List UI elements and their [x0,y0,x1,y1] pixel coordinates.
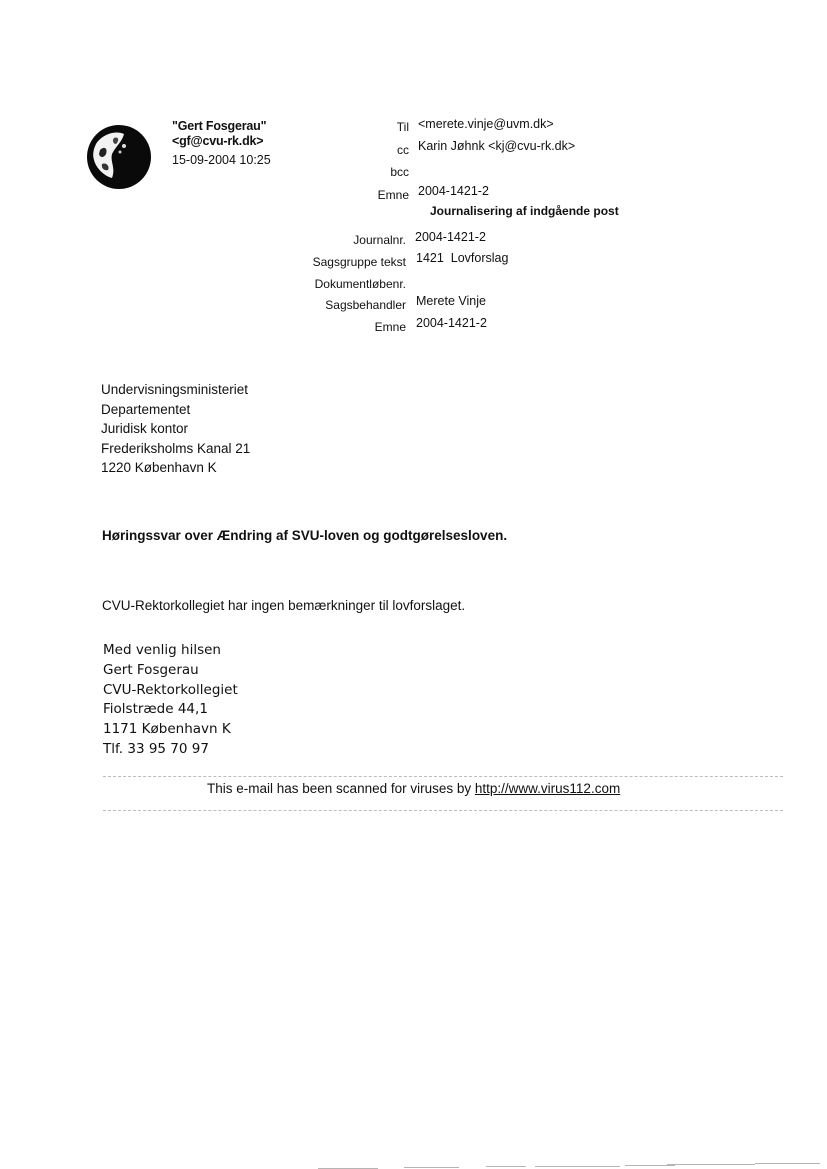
bcc-label: bcc [259,165,409,179]
footer-divider-bottom [103,810,783,811]
virus-scan-text: This e-mail has been scanned for viruses… [207,781,475,796]
virus-scan-notice: This e-mail has been scanned for viruses… [207,781,620,796]
sender-name: "Gert Fosgerau" [172,119,266,133]
address-line: 1220 København K [101,458,250,478]
signature-line: 1171 København K [103,720,238,740]
case-handler-label: Sagsbehandler [256,298,406,312]
to-value[interactable]: <merete.vinje@uvm.dk> [418,117,554,131]
signature: Med venlig hilsen Gert Fosgerau CVU-Rekt… [103,641,238,760]
recipient-address: Undervisningsministeriet Departementet J… [101,380,250,478]
signature-line: Med venlig hilsen [103,641,238,661]
to-label: Til [259,120,409,134]
journal-nr-value: 2004-1421-2 [415,230,486,244]
subject-value: 2004-1421-2 [418,184,489,198]
case-group-label: Sagsgruppe tekst [256,255,406,269]
signature-line: CVU-Rektorkollegiet [103,681,238,701]
case-handler-value: Merete Vinje [416,294,486,308]
address-line: Undervisningsministeriet [101,380,250,400]
signature-line: Tlf. 33 95 70 97 [103,740,238,760]
case-group-value: 1421 Lovforslag [416,251,508,265]
address-line: Frederiksholms Kanal 21 [101,439,250,459]
document-serial-label: Dokumentløbenr. [256,277,406,291]
journal-subject-value: 2004-1421-2 [416,316,487,330]
virus-scan-link[interactable]: http://www.virus112.com [475,781,620,796]
subject-label: Emne [259,188,409,202]
sent-datetime: 15-09-2004 10:25 [172,153,271,167]
letter-body: CVU-Rektorkollegiet har ingen bemærkning… [102,598,465,613]
footer-divider-top [103,776,783,777]
letter-subject: Høringssvar over Ændring af SVU-loven og… [102,528,507,543]
globe-portrait-icon [86,124,152,190]
journal-subject-label: Emne [256,320,406,334]
cc-value[interactable]: Karin Jøhnk <kj@cvu-rk.dk> [418,139,575,153]
signature-line: Gert Fosgerau [103,661,238,681]
cc-label: cc [259,143,409,157]
journal-nr-label: Journalnr. [256,233,406,247]
address-line: Departementet [101,400,250,420]
sender-email[interactable]: <gf@cvu-rk.dk> [172,134,263,148]
sender-avatar [86,124,152,190]
journal-title: Journalisering af indgående post [430,204,619,218]
address-line: Juridisk kontor [101,419,250,439]
signature-line: Fiolstræde 44,1 [103,700,238,720]
